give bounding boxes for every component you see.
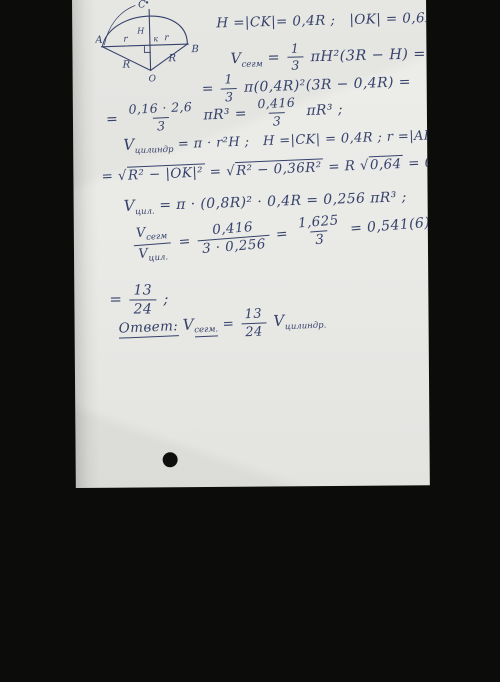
var-v-segment-sub: сегм xyxy=(146,231,168,243)
equals: = xyxy=(205,163,227,180)
black-dot-mark xyxy=(163,452,178,467)
equals: = xyxy=(218,315,240,332)
var-v-segment: V xyxy=(182,315,194,333)
label-k: к xyxy=(153,34,158,43)
fraction-denominator: 3 xyxy=(311,230,329,248)
var-v-segment: V xyxy=(135,225,146,241)
label-r-left: r xyxy=(123,35,128,45)
fraction-numerator: 13 xyxy=(240,307,266,323)
point-c-dot xyxy=(146,1,148,3)
label-h: H xyxy=(136,26,145,35)
equals: = xyxy=(270,226,293,244)
fraction-13-over-24: 1324 xyxy=(240,307,267,339)
fraction-denominator: Vцил. xyxy=(134,243,173,265)
equals: = xyxy=(173,233,196,251)
radicand: 0,64 xyxy=(369,154,404,173)
answer-label: Ответ: xyxy=(118,318,178,339)
label-o: O xyxy=(149,74,157,84)
height-line-co xyxy=(149,9,150,70)
fraction-0416-over-0768: 0,4163 · 0,256 xyxy=(196,220,270,257)
label-c: C xyxy=(138,0,146,10)
var-v-segment-sub: сегм. xyxy=(194,325,218,338)
result: = 0,8R ; xyxy=(403,153,430,172)
decimal-result: = 0,541(6) = xyxy=(345,214,430,238)
equals-r: = R xyxy=(323,157,360,175)
label-r-right: r xyxy=(164,33,169,43)
var-v-cylinder: V xyxy=(138,246,149,262)
label-a: A xyxy=(95,35,103,46)
answer-line: Ответ: Vсегм. = 1324 Vцилиндр. xyxy=(89,289,327,361)
chord-ab xyxy=(101,44,188,47)
var-v-cylinder-sub: цил. xyxy=(148,252,168,263)
photo-of-handwritten-solution: C A B O H к r r R R H =|CK|= 0,4R ; |OK|… xyxy=(0,0,500,682)
segment-arc-sketch-stroke xyxy=(104,6,135,45)
fraction-1625-over-3: 1,6253 xyxy=(294,214,345,250)
fraction-numerator: 0,16 · 2,6 xyxy=(124,101,196,119)
sqrt-064: √0,64 xyxy=(360,155,404,173)
fraction-denominator: 24 xyxy=(241,322,267,339)
fraction-v-over-v: VсегмVцил. xyxy=(132,224,174,264)
fraction-numerator: 0,416 xyxy=(253,97,299,113)
label-radius-left: R xyxy=(122,60,131,71)
var-v-cylinder: V xyxy=(268,311,285,330)
var-v-cylinder-sub: цилиндр. xyxy=(285,320,327,332)
paper-sheet: C A B O H к r r R R H =|CK|= 0,4R ; |OK|… xyxy=(72,0,430,488)
